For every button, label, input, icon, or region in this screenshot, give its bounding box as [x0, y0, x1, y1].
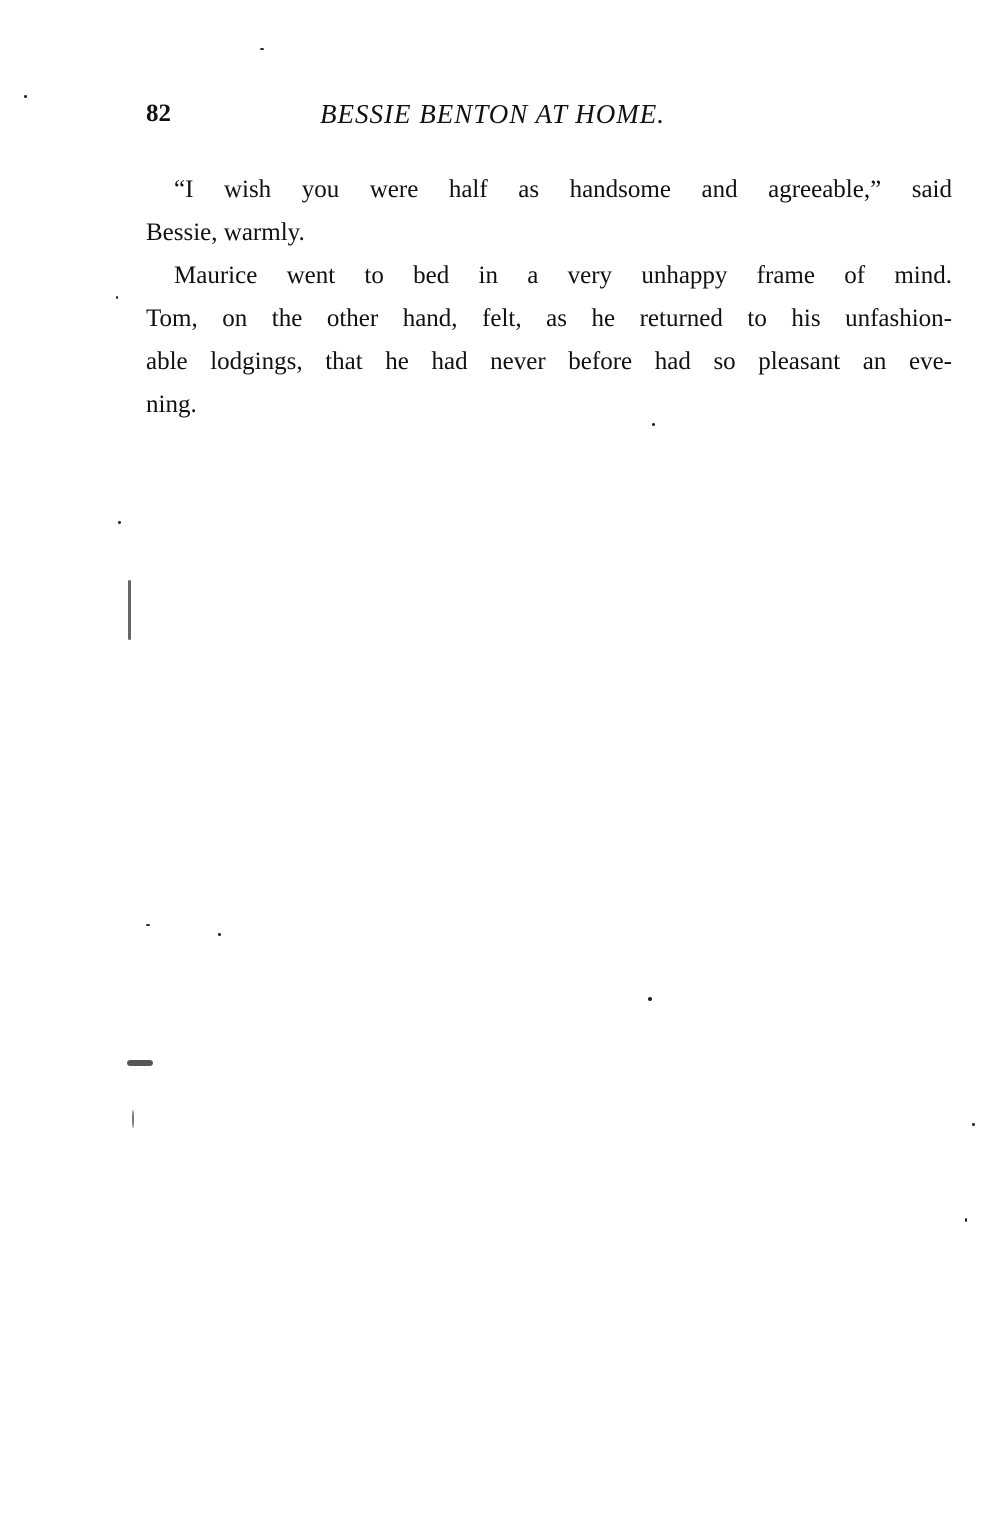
scan-speck — [965, 1218, 967, 1222]
scan-speck — [648, 997, 652, 1001]
scan-speck — [218, 933, 221, 936]
text-line: Bessie, warmly. — [146, 211, 952, 254]
scan-speck — [972, 1123, 975, 1126]
text-line: Maurice went to bed in a very unhappy fr… — [146, 254, 952, 297]
paragraph-2: Maurice went to bed in a very unhappy fr… — [146, 254, 952, 426]
scan-speck — [652, 423, 655, 426]
page-number: 82 — [146, 100, 171, 128]
scan-speck — [132, 1110, 134, 1128]
paragraph-1: “I wish you were half as handsome and ag… — [146, 168, 952, 254]
scan-speck — [118, 521, 121, 524]
scan-speck — [260, 48, 264, 50]
running-head-title: BESSIE BENTON AT HOME. — [320, 99, 665, 130]
text-line: “I wish you were half as handsome and ag… — [146, 168, 952, 211]
text-line: Tom, on the other hand, felt, as he retu… — [146, 297, 952, 340]
scan-speck — [146, 924, 150, 926]
scan-speck — [24, 95, 27, 98]
scan-speck — [128, 580, 131, 640]
scan-speck — [127, 1060, 153, 1066]
text-line: able lodgings, that he had never before … — [146, 340, 952, 383]
text-line: ning. — [146, 383, 952, 426]
scan-speck — [116, 296, 118, 299]
